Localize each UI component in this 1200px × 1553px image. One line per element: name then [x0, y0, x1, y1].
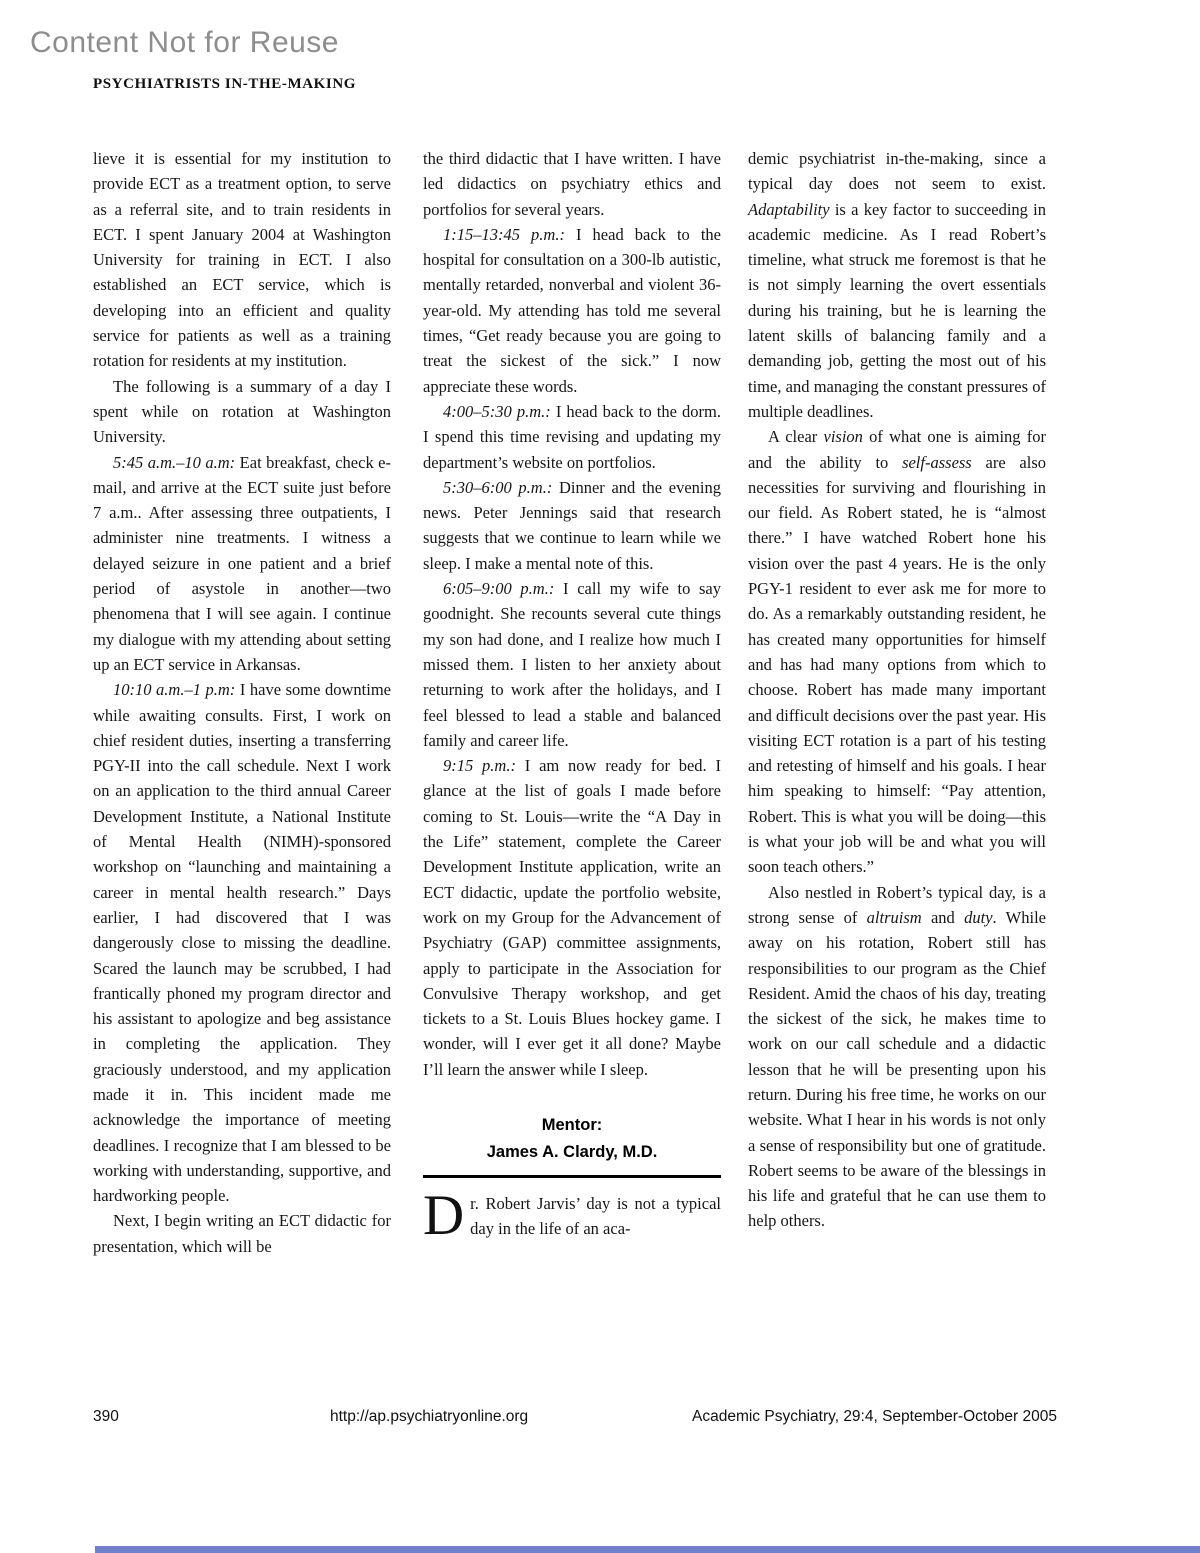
drop-cap: D: [423, 1191, 470, 1238]
paragraph: demic psychiatrist in-the-making, since …: [748, 146, 1046, 424]
text-segment: and: [922, 908, 964, 927]
mentor-heading-line: Mentor:: [423, 1112, 721, 1139]
bottom-edge-bar: [95, 1546, 1200, 1553]
text-segment: I head back to the hospital for consulta…: [423, 225, 721, 396]
text-segment: demic psychiatrist in-the-making, since …: [748, 149, 1046, 193]
text-segment: I have some downtime while awaiting cons…: [93, 680, 391, 1205]
italic-text-segment: 10:10 a.m.–1 p.m:: [113, 680, 240, 699]
italic-text-segment: 5:45 a.m.–10 a.m:: [113, 453, 240, 472]
italic-text-segment: 5:30–6:00 p.m.:: [443, 478, 559, 497]
text-column-2: the third didactic that I have written. …: [423, 146, 721, 1242]
italic-text-segment: Adaptability: [748, 200, 830, 219]
text-segment: the third didactic that I have written. …: [423, 149, 721, 219]
paragraph: 10:10 a.m.–1 p.m: I have some downtime w…: [93, 677, 391, 1208]
text-column-1: lieve it is essential for my institution…: [93, 146, 391, 1259]
italic-text-segment: altruism: [867, 908, 922, 927]
mentor-heading: Mentor:James A. Clardy, M.D.: [423, 1112, 721, 1166]
paragraph: Next, I begin writing an ECT didactic fo…: [93, 1208, 391, 1259]
text-segment: Next, I begin writing an ECT didactic fo…: [93, 1211, 391, 1255]
text-segment: The following is a summary of a day I sp…: [93, 377, 391, 447]
text-segment: A clear: [768, 427, 824, 446]
italic-text-segment: self-assess: [902, 453, 972, 472]
text-segment: Eat breakfast, check e-mail, and arrive …: [93, 453, 391, 674]
italic-text-segment: vision: [824, 427, 863, 446]
paragraph: lieve it is essential for my institution…: [93, 146, 391, 374]
mentor-rule: [423, 1175, 721, 1178]
text-segment: is a key factor to succeeding in academi…: [748, 200, 1046, 421]
italic-text-segment: 6:05–9:00 p.m.:: [443, 579, 563, 598]
text-column-3: demic psychiatrist in-the-making, since …: [748, 146, 1046, 1234]
italic-text-segment: 9:15 p.m.:: [443, 756, 525, 775]
paragraph: 4:00–5:30 p.m.: I head back to the dorm.…: [423, 399, 721, 475]
paragraph: 5:45 a.m.–10 a.m: Eat breakfast, check e…: [93, 450, 391, 678]
italic-text-segment: 4:00–5:30 p.m.:: [443, 402, 556, 421]
text-segment: lieve it is essential for my institution…: [93, 149, 391, 370]
paragraph: 9:15 p.m.: I am now ready for bed. I gla…: [423, 753, 721, 1082]
italic-text-segment: duty: [964, 908, 992, 927]
text-segment: I am now ready for bed. I glance at the …: [423, 756, 721, 1079]
text-segment: are also necessities for surviving and f…: [748, 453, 1046, 877]
paragraph: A clear vision of what one is aiming for…: [748, 424, 1046, 879]
paragraph: the third didactic that I have written. …: [423, 146, 721, 222]
text-segment: r. Robert Jarvis’ day is not a typical d…: [470, 1194, 721, 1238]
running-head: PSYCHIATRISTS IN-THE-MAKING: [93, 76, 356, 93]
journal-url: http://ap.psychiatryonline.org: [330, 1408, 528, 1426]
paragraph: The following is a summary of a day I sp…: [93, 374, 391, 450]
paragraph: Also nestled in Robert’s typical day, is…: [748, 880, 1046, 1234]
paragraph: 5:30–6:00 p.m.: Dinner and the evening n…: [423, 475, 721, 576]
journal-citation: Academic Psychiatry, 29:4, September-Oct…: [692, 1408, 1057, 1426]
text-segment: . While away on his rotation, Robert sti…: [748, 908, 1046, 1231]
paragraph: 6:05–9:00 p.m.: I call my wife to say go…: [423, 576, 721, 753]
watermark-content-not-for-reuse: Content Not for Reuse: [30, 26, 339, 60]
page-number: 390: [93, 1408, 119, 1426]
text-segment: I call my wife to say goodnight. She rec…: [423, 579, 721, 750]
dropcap-paragraph: Dr. Robert Jarvis’ day is not a typical …: [423, 1191, 721, 1242]
mentor-heading-line: James A. Clardy, M.D.: [423, 1139, 721, 1166]
italic-text-segment: 1:15–13:45 p.m.:: [443, 225, 576, 244]
paragraph: 1:15–13:45 p.m.: I head back to the hosp…: [423, 222, 721, 399]
